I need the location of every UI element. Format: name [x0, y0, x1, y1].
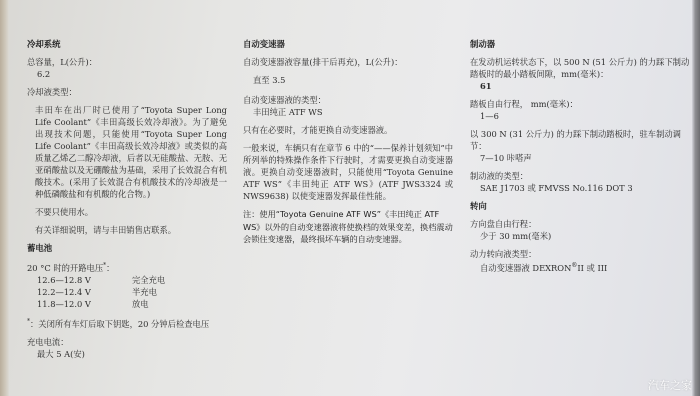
atf-capacity-value: 直至 3.5 — [253, 74, 453, 86]
atf-general-paragraph: 一般来说，车辆只有在章节 6 中的“——保养计划须知”中所列举的特殊操作条件下行… — [243, 142, 453, 202]
water-warning: 不要只使用水。 — [35, 206, 227, 218]
atf-warning-note: 注：使用“Toyota Genuine ATF WS”《丰田纯正 ATF WS》… — [243, 208, 453, 246]
atf-capacity-label: 自动变速器液容量(排干后再充)，L(公升)： — [243, 56, 453, 68]
battery-heading: 蓄电池 — [27, 242, 227, 254]
charge-state: 放电 — [132, 298, 149, 310]
brake-fluid-label: 制动液的类型： — [470, 170, 695, 182]
footnote-text: ：关闭所有车灯后取下钥匙，20 分钟后检查电压 — [30, 319, 209, 329]
pedal-free-play-label: 踏板自由行程， mm(毫米)： — [470, 98, 695, 110]
cooling-capacity-value: 6.2 — [37, 68, 227, 80]
battery-voltage-label: 20 °C 时的开路电压*： — [27, 260, 227, 274]
steering-heading: 转向 — [470, 200, 695, 212]
column-brakes-steering: 制动器 在发动机运转状态下，以 500 N (51 公斤力) 的力踩下制动踏板时… — [470, 38, 695, 280]
parking-brake-value: 7—10 咔嗒声 — [480, 152, 695, 164]
column-transmission: 自动变速器 自动变速器液容量(排干后再充)，L(公升)： 直至 3.5 自动变速… — [243, 38, 453, 246]
transmission-heading: 自动变速器 — [243, 38, 453, 50]
pedal-clearance-value: 61 — [480, 80, 695, 92]
atf-type-label: 自动变速器液的类型： — [243, 94, 453, 106]
voltage-label-text: 20 °C 时的开路电压 — [27, 263, 103, 273]
steering-free-play-label: 方向盘自由行程： — [470, 218, 695, 230]
psf-text-pre: 自动变速器液 DEXRON — [480, 263, 571, 273]
column-cooling-battery: 冷却系统 总容量，L(公升)： 6.2 冷却液类型： 丰田车在出厂时已使用了“T… — [27, 38, 227, 366]
coolant-type-label: 冷却液类型： — [27, 86, 227, 98]
coolant-description: 丰田车在出厂时已使用了“Toyota Super Long Life Coola… — [35, 104, 227, 200]
voltage-range: 12.2—12.4 V — [37, 286, 132, 298]
watermark: 汽车之家 — [648, 377, 692, 393]
voltage-row: 12.6—12.8 V 完全充电 — [37, 274, 227, 286]
voltage-range: 12.6—12.8 V — [37, 274, 132, 286]
voltage-row: 12.2—12.4 V 半充电 — [37, 286, 227, 298]
page-binding-edge — [0, 0, 9, 396]
voltage-label-colon: ： — [106, 263, 114, 273]
charge-state: 半充电 — [132, 286, 157, 298]
dealer-contact: 有关详细说明，请与丰田销售店联系。 — [35, 224, 227, 236]
atf-type-value: 丰田纯正 ATF WS — [253, 106, 453, 118]
charge-state: 完全充电 — [132, 274, 165, 286]
battery-footnote: *：关闭所有车灯后取下钥匙，20 分钟后检查电压 — [27, 316, 227, 330]
power-steering-fluid-value: 自动变速器液 DEXRON®II 或 III — [480, 260, 695, 274]
steering-free-play-value: 少于 30 mm(毫米) — [480, 230, 695, 242]
charge-current-label: 充电电流： — [27, 336, 227, 348]
voltage-range: 11.8—12.0 V — [37, 298, 132, 310]
charge-current-value: 最大 5 A(安) — [37, 348, 227, 360]
power-steering-fluid-label: 动力转向液类型： — [470, 248, 695, 260]
atf-replace-note: 只有在必要时，才能更换自动变速器液。 — [243, 124, 453, 136]
pedal-clearance-label: 在发动机运转状态下，以 500 N (51 公斤力) 的力踩下制动踏板时的最小踏… — [470, 56, 695, 80]
brake-fluid-value: SAE J1703 或 FMVSS No.116 DOT 3 — [480, 182, 695, 194]
psf-text-post: II 或 III — [577, 263, 607, 273]
brakes-heading: 制动器 — [470, 38, 695, 50]
pedal-free-play-value: 1—6 — [480, 110, 695, 122]
cooling-heading: 冷却系统 — [27, 38, 227, 50]
cooling-capacity-label: 总容量，L(公升)： — [27, 56, 227, 68]
voltage-row: 11.8—12.0 V 放电 — [37, 298, 227, 310]
parking-brake-label: 以 300 N (31 公斤力) 的力踩下制动踏板时，驻车制动调节： — [470, 128, 695, 152]
